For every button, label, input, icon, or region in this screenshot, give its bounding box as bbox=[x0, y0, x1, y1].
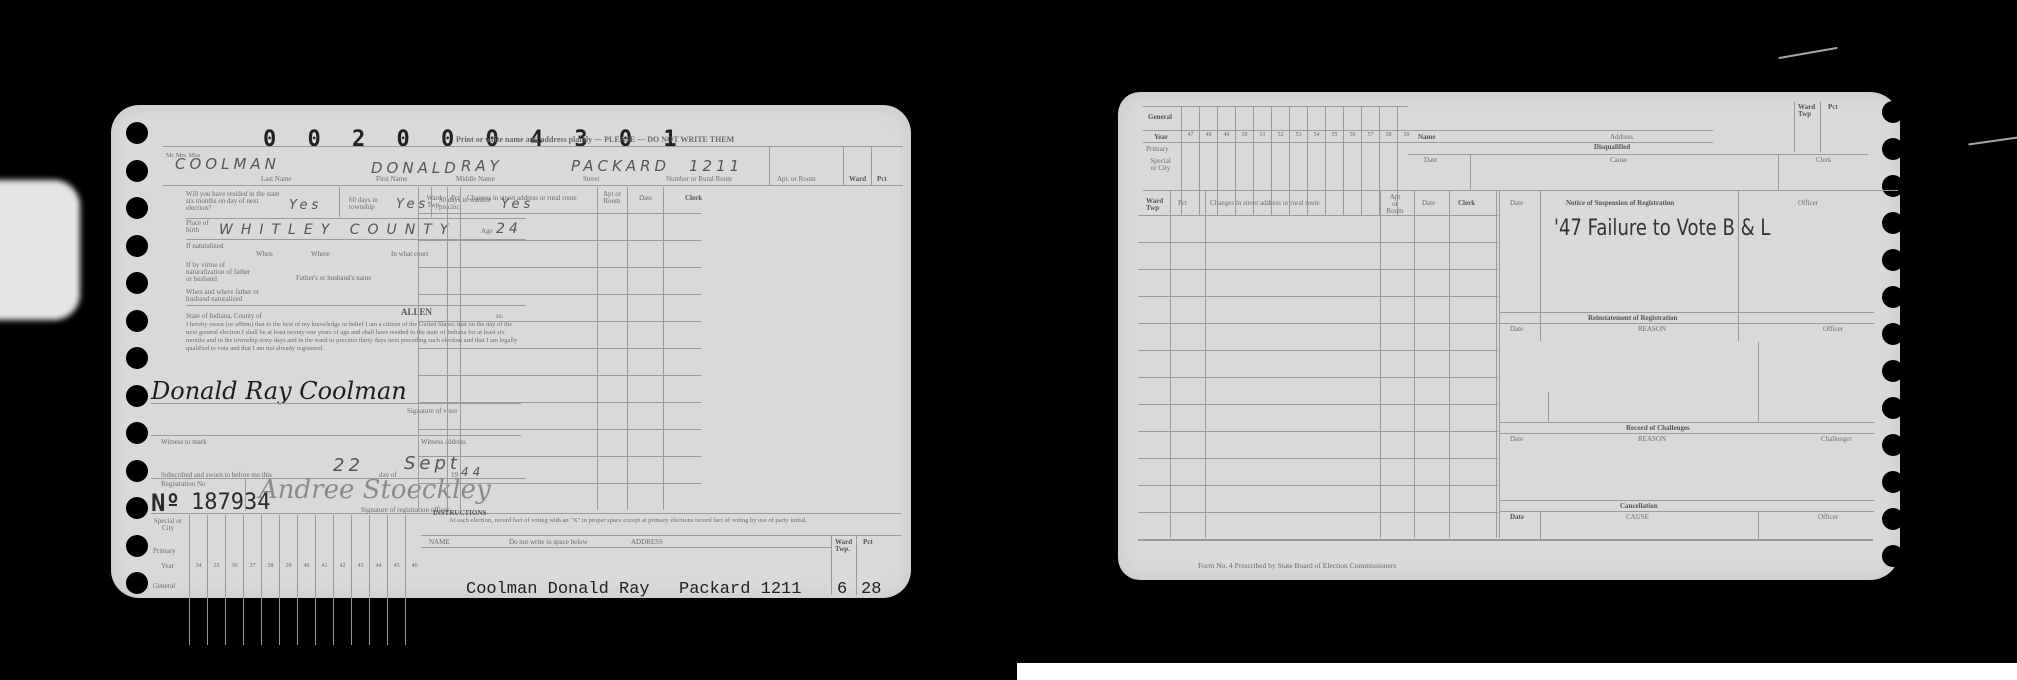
residency-q1-label: Will you have resided in the state six m… bbox=[186, 191, 281, 212]
changes-header-ward: Ward Twp bbox=[1146, 198, 1166, 212]
challenges-challenger-label: Challenger bbox=[1821, 436, 1852, 443]
year-column: 45 bbox=[387, 515, 405, 645]
ruled-row bbox=[418, 348, 701, 349]
transfer-address-label: Address bbox=[1610, 134, 1633, 141]
ruled-row bbox=[1138, 296, 1498, 297]
history-row-year: Year bbox=[1154, 134, 1168, 141]
oath-ss: ss: bbox=[496, 313, 503, 320]
ruled-row bbox=[1138, 350, 1498, 351]
punch-hole bbox=[126, 160, 148, 182]
cancellation-title: Cancellation bbox=[1620, 503, 1658, 510]
history-row-general: General bbox=[1148, 114, 1172, 121]
year-column: 55 bbox=[1325, 106, 1343, 216]
footer-header-name: NAME bbox=[429, 539, 450, 546]
year-column: 34 bbox=[189, 515, 207, 645]
middle-name-label: Middle Name bbox=[456, 176, 495, 183]
blurred-object bbox=[0, 180, 80, 320]
first-name-label: First Name bbox=[376, 176, 407, 183]
residency-q2-label: 60 days in township bbox=[349, 197, 394, 211]
instructions-title: INSTRUCTIONS bbox=[433, 510, 486, 517]
changes-header-pct: Pct bbox=[1178, 200, 1187, 207]
transfer-disqualified-label: Disqualified bbox=[1594, 144, 1630, 151]
year-column: 56 bbox=[1343, 106, 1361, 216]
header-instruction: Print or write name and address plainly … bbox=[456, 136, 734, 144]
year-column: 40 bbox=[297, 515, 315, 645]
punch-hole bbox=[1882, 101, 1904, 123]
punch-hole bbox=[126, 235, 148, 257]
ruled-row bbox=[418, 321, 701, 322]
fathers-name-label: Father's or husband's name bbox=[296, 275, 371, 282]
punch-hole bbox=[1882, 397, 1904, 419]
father-naturalized-label: When and where father or husband natural… bbox=[186, 289, 266, 303]
ward-label: Ward bbox=[849, 176, 866, 183]
punch-hole bbox=[1882, 508, 1904, 530]
year-column: 39 bbox=[279, 515, 297, 645]
ruled-row bbox=[418, 240, 701, 241]
film-scratch bbox=[1778, 47, 1837, 59]
naturalized-label: If naturalized bbox=[186, 243, 226, 250]
punch-hole bbox=[1882, 360, 1904, 382]
suspension-officer-label: Officer bbox=[1798, 200, 1818, 207]
changes-header-clerk: Clerk bbox=[685, 195, 702, 202]
naturalized-where: Where bbox=[311, 251, 330, 258]
year-column: 41 bbox=[315, 515, 333, 645]
changes-header-address: Changes in street address or rural route bbox=[1210, 200, 1320, 207]
history-row-general: General bbox=[153, 583, 175, 590]
instructions-text: At each election, record fact of voting … bbox=[449, 518, 849, 525]
suspension-title: Notice of Suspension of Registration bbox=[1566, 200, 1674, 207]
punch-hole bbox=[1882, 212, 1904, 234]
transfer-ward-label: Ward Twp bbox=[1798, 104, 1816, 118]
ruled-row bbox=[418, 483, 701, 484]
punch-hole bbox=[126, 572, 148, 594]
registration-card-back: General Year Primary Special or City 474… bbox=[1118, 92, 1900, 580]
ruled-row bbox=[1138, 431, 1498, 432]
punch-hole bbox=[126, 460, 148, 482]
ruled-row bbox=[418, 402, 701, 403]
cancellation-officer-label: Officer bbox=[1818, 514, 1838, 521]
street-value: PACKARD bbox=[571, 157, 670, 175]
ruled-row bbox=[1138, 485, 1498, 486]
transfer-pct-label: Pct bbox=[1828, 104, 1838, 111]
voter-signature-label: Signature of voter bbox=[407, 408, 458, 415]
age-label: Age bbox=[481, 228, 493, 235]
punch-hole bbox=[1882, 471, 1904, 493]
reinstatement-title: Reinstatement of Registration bbox=[1588, 315, 1677, 322]
history-row-primary: Primary bbox=[1146, 146, 1169, 153]
pct-label: Pct bbox=[877, 176, 887, 183]
punch-hole bbox=[126, 197, 148, 219]
challenges-reason-label: REASON bbox=[1638, 436, 1666, 443]
registration-card-front: 0 0 2 0 0 0 4 3 0 1 Print or write name … bbox=[111, 105, 911, 598]
residency-q1-answer: Yes bbox=[289, 198, 322, 213]
punch-hole bbox=[1882, 545, 1904, 567]
footer-header-note: Do not write in space below bbox=[509, 539, 588, 546]
punch-hole bbox=[1882, 175, 1904, 197]
ruled-row bbox=[1138, 215, 1498, 216]
ruled-row bbox=[418, 429, 701, 430]
year-column: 43 bbox=[351, 515, 369, 645]
punch-hole bbox=[126, 385, 148, 407]
cancellation-date-label: Date bbox=[1510, 514, 1524, 521]
footer-name-value: Coolman Donald Ray bbox=[466, 580, 650, 599]
birth-value: WHITLEY COUNTY bbox=[219, 222, 456, 238]
punch-hole bbox=[126, 497, 148, 519]
middle-name-value: RAY bbox=[461, 157, 503, 175]
reinstatement-date-label: Date bbox=[1510, 326, 1523, 333]
transfer-name-label: Name bbox=[1418, 134, 1436, 141]
transfer-cause-label: Cause bbox=[1610, 157, 1627, 164]
footer-header-address: ADDRESS bbox=[631, 539, 663, 546]
history-row-primary: Primary bbox=[153, 548, 176, 555]
history-row-special: Special or City bbox=[1148, 158, 1173, 172]
changes-header-date: Date bbox=[639, 195, 652, 202]
punch-hole bbox=[1882, 249, 1904, 271]
year-column: 42 bbox=[333, 515, 351, 645]
changes-header-apt: Apt or Room bbox=[1386, 194, 1404, 215]
punch-hole bbox=[1882, 434, 1904, 456]
suspension-stamp: '47 Failure to Vote B & L bbox=[1554, 216, 1770, 241]
last-name-label: Last Name bbox=[261, 176, 292, 183]
punch-hole bbox=[1882, 323, 1904, 345]
naturalized-when: When bbox=[256, 251, 273, 258]
punch-hole bbox=[1882, 286, 1904, 308]
film-scratch bbox=[1968, 137, 2017, 146]
changes-header-pct: Pct bbox=[451, 195, 460, 202]
changes-header-date: Date bbox=[1422, 200, 1435, 207]
footer-header-pct: Pct bbox=[863, 539, 873, 546]
witness-mark-label: Witness to mark bbox=[161, 439, 207, 446]
year-column: 36 bbox=[225, 515, 243, 645]
naturalized-court: In what court bbox=[391, 251, 428, 258]
ruled-row bbox=[1138, 404, 1498, 405]
subscribed-day: 22 bbox=[333, 455, 364, 476]
ruled-row bbox=[418, 267, 701, 268]
officer-signature: Andree Stoeckley bbox=[259, 475, 491, 505]
ruled-row bbox=[418, 456, 701, 457]
year-column: 44 bbox=[369, 515, 387, 645]
transfer-clerk-label: Clerk bbox=[1816, 157, 1832, 164]
street-label: Street bbox=[583, 176, 599, 183]
changes-header-address: Changes in street address or rural route bbox=[467, 195, 577, 202]
cancellation-cause-label: CAUSE bbox=[1626, 514, 1649, 521]
punch-hole bbox=[126, 272, 148, 294]
ruled-row bbox=[1138, 323, 1498, 324]
year-column: 35 bbox=[207, 515, 225, 645]
changes-header-apt: Apt or Room bbox=[601, 191, 623, 205]
birth-label: Place of birth bbox=[186, 220, 216, 234]
ruled-row bbox=[1138, 269, 1498, 270]
house-number-value: 1211 bbox=[689, 157, 743, 175]
footer-header-ward: Ward Twp. bbox=[835, 539, 853, 553]
ruled-row bbox=[418, 213, 701, 214]
age-value: 24 bbox=[496, 221, 522, 237]
footer-pct-value: 28 bbox=[861, 580, 881, 599]
punch-hole bbox=[126, 310, 148, 332]
ruled-row bbox=[1138, 377, 1498, 378]
white-strip bbox=[1017, 663, 2017, 680]
punch-hole bbox=[126, 535, 148, 557]
year-column: 38 bbox=[261, 515, 279, 645]
form-footer: Form No. 4 Prescribed by State Board of … bbox=[1198, 562, 1396, 570]
oath-state-county: State of Indiana, County of bbox=[186, 313, 262, 320]
ruled-row bbox=[418, 375, 701, 376]
changes-header-ward: Ward Twp. bbox=[423, 195, 445, 209]
apt-label: Apt. or Room bbox=[777, 176, 816, 183]
changes-header-clerk: Clerk bbox=[1458, 200, 1475, 207]
year-column: 37 bbox=[243, 515, 261, 645]
last-name-value: COOLMAN bbox=[175, 155, 280, 173]
registration-label: Registration No bbox=[161, 481, 206, 488]
history-row-year: Year bbox=[161, 563, 174, 570]
punch-hole bbox=[126, 347, 148, 369]
year-column: 57 bbox=[1361, 106, 1379, 216]
punch-hole bbox=[126, 122, 148, 144]
ruled-row bbox=[1138, 512, 1498, 513]
naturalized-by-virtue: If by virtue of naturalization of father… bbox=[186, 262, 256, 283]
challenges-title: Record of Challenges bbox=[1626, 425, 1690, 432]
footer-address-value: Packard 1211 bbox=[679, 580, 801, 599]
reinstatement-officer-label: Officer bbox=[1823, 326, 1843, 333]
punch-hole bbox=[126, 422, 148, 444]
transfer-date-label: Date bbox=[1424, 157, 1437, 164]
reinstatement-reason-label: REASON bbox=[1638, 326, 1666, 333]
punch-hole bbox=[1882, 138, 1904, 160]
ruled-row bbox=[1138, 458, 1498, 459]
challenges-date-label: Date bbox=[1510, 436, 1523, 443]
footer-ward-value: 6 bbox=[837, 580, 847, 599]
ruled-row bbox=[418, 294, 701, 295]
suspension-date-label: Date bbox=[1510, 200, 1523, 207]
voter-signature: Donald Ray Coolman bbox=[151, 377, 407, 405]
oath-county-value: ALLEN bbox=[401, 308, 432, 317]
ruled-row bbox=[1138, 242, 1498, 243]
history-row-special: Special or City bbox=[153, 518, 183, 532]
number-label: Number or Rural Route bbox=[666, 176, 732, 183]
